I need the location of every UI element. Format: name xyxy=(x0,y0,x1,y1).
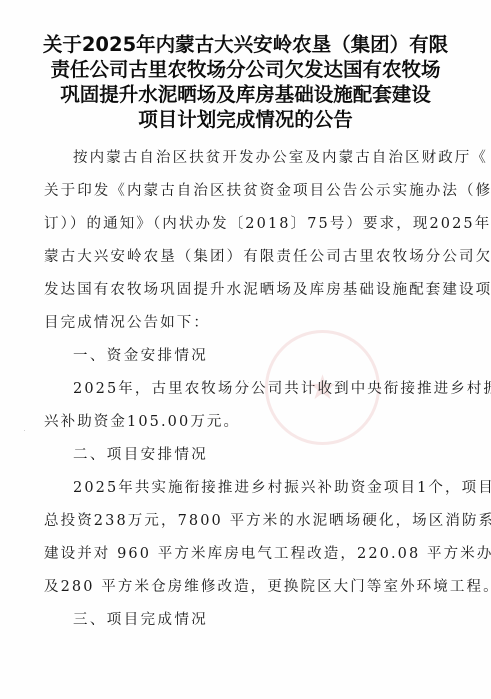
intro-line-3: 订））的通知》（内状办发〔2018〕75号）要求，现2025年内 xyxy=(44,208,444,241)
scan-speck xyxy=(24,430,25,431)
section-heading-funding: 一、资金安排情况 xyxy=(44,340,444,373)
project-line-3: 建设并对 960 平方米库房电气工程改造，220.08 平方米办公室 xyxy=(44,538,444,571)
title-line-2: 责任公司古里农牧场分公司欠发达国有农牧场 xyxy=(40,57,451,82)
funding-line-1: 2025年，古里农牧场分公司共计收到中央衔接推进乡村振 xyxy=(44,373,444,406)
section-project-arrangement: 二、项目安排情况 2025年共实施衔接推进乡村振兴补助资金项目1个，项目 总投资… xyxy=(44,439,444,604)
intro-line-6: 目完成情况公告如下： xyxy=(44,307,444,340)
section-heading-project-arrangement: 二、项目安排情况 xyxy=(44,439,444,472)
funding-line-2: 兴补助资金105.00万元。 xyxy=(44,406,444,439)
intro-paragraph: 按内蒙古自治区扶贫开发办公室及内蒙古自治区财政厅《 关于印发《内蒙古自治区扶贫资… xyxy=(44,142,444,340)
intro-line-2: 关于印发《内蒙古自治区扶贫资金项目公告公示实施办法（修 xyxy=(44,175,444,208)
scan-speck xyxy=(248,382,249,383)
document-title: 关于2025年内蒙古大兴安岭农垦（集团）有限 责任公司古里农牧场分公司欠发达国有… xyxy=(40,32,451,132)
intro-line-4: 蒙古大兴安岭农垦（集团）有限责任公司古里农牧场分公司欠 xyxy=(44,241,444,274)
section-project-completion: 三、项目完成情况 xyxy=(44,604,444,637)
document-body: 按内蒙古自治区扶贫开发办公室及内蒙古自治区财政厅《 关于印发《内蒙古自治区扶贫资… xyxy=(44,142,444,637)
intro-line-5: 发达国有农牧场巩固提升水泥晒场及库房基础设施配套建设项 xyxy=(44,274,444,307)
project-line-1: 2025年共实施衔接推进乡村振兴补助资金项目1个，项目 xyxy=(44,472,444,505)
title-line-1: 关于2025年内蒙古大兴安岭农垦（集团）有限 xyxy=(40,32,451,57)
title-line-3: 巩固提升水泥晒场及库房基础设施配套建设 xyxy=(40,82,451,107)
project-line-2: 总投资238万元，7800 平方米的水泥晒场硬化，场区消防系统 xyxy=(44,505,444,538)
section-heading-project-completion: 三、项目完成情况 xyxy=(44,604,444,637)
scan-speck xyxy=(470,520,471,521)
intro-line-1: 按内蒙古自治区扶贫开发办公室及内蒙古自治区财政厅《 xyxy=(44,142,444,175)
project-line-4: 及280 平方米仓房维修改造，更换院区大门等室外环境工程。 xyxy=(44,571,444,604)
document-page: 关于2025年内蒙古大兴安岭农垦（集团）有限 责任公司古里农牧场分公司欠发达国有… xyxy=(0,0,491,699)
section-funding: 一、资金安排情况 2025年，古里农牧场分公司共计收到中央衔接推进乡村振 兴补助… xyxy=(44,340,444,439)
title-line-4: 项目计划完成情况的公告 xyxy=(40,107,451,132)
